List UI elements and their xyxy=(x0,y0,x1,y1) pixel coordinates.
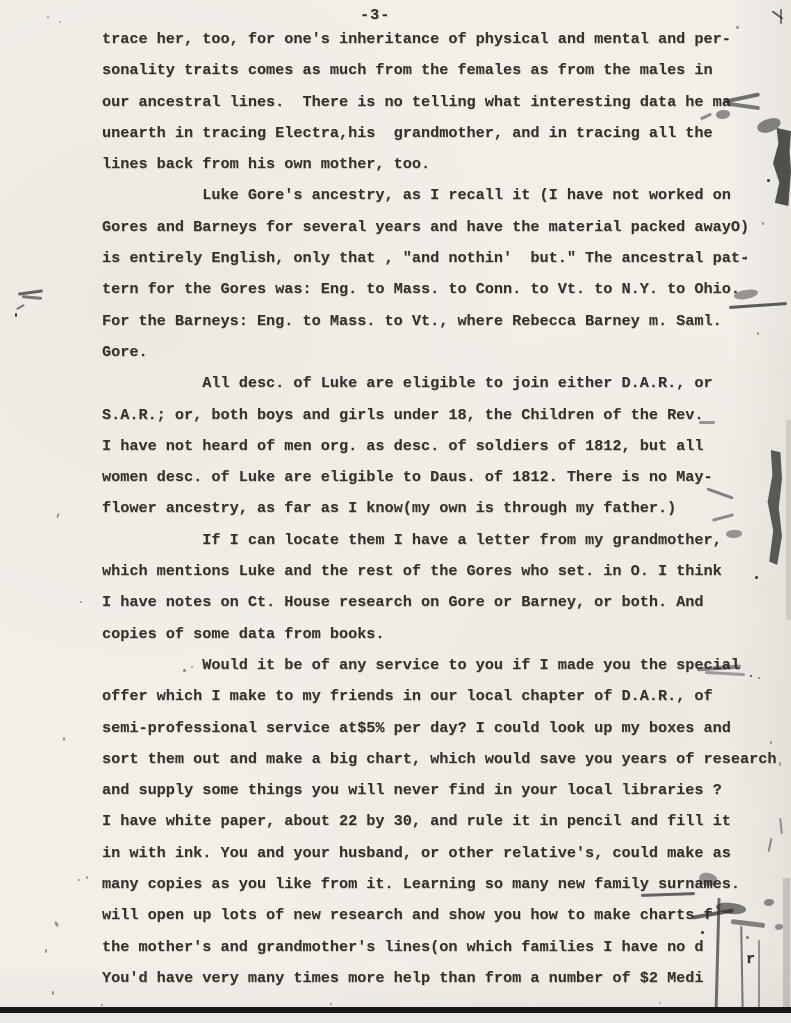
text-line: our ancestral lines. There is no telling… xyxy=(102,87,791,118)
ink-speck xyxy=(330,1003,332,1005)
text-line: flower ancestry, as far as I know(my own… xyxy=(102,493,791,524)
stray-typed-character: r xyxy=(746,950,755,968)
text-line: I have notes on Ct. House research on Go… xyxy=(102,587,791,618)
ink-speck xyxy=(52,991,54,995)
text-line: tern for the Gores was: Eng. to Mass. to… xyxy=(102,274,791,305)
text-line: which mentions Luke and the rest of the … xyxy=(102,556,791,587)
margin-smudge xyxy=(18,289,43,295)
ink-speck xyxy=(659,1002,661,1004)
text-line: many copies as you like from it. Learnin… xyxy=(102,869,791,900)
ink-speck xyxy=(54,921,59,928)
ink-speck xyxy=(101,1004,103,1006)
text-line: S.A.R.; or, both boys and girls under 18… xyxy=(102,400,791,431)
text-line: You'd have very many times more help tha… xyxy=(102,963,791,994)
text-line: Gores and Barneys for several years and … xyxy=(102,212,791,243)
text-line: Luke Gore's ancestry, as I recall it (I … xyxy=(102,180,791,211)
text-line: sonality traits comes as much from the f… xyxy=(102,55,791,86)
ink-speck xyxy=(59,21,61,23)
text-line: I have white paper, about 22 by 30, and … xyxy=(102,806,791,837)
text-line: in with ink. You and your husband, or ot… xyxy=(102,838,791,869)
margin-smudge xyxy=(22,295,42,300)
ink-speck xyxy=(78,879,80,881)
text-line: the mother's and grandmother's lines(on … xyxy=(102,932,791,963)
text-line: If I can locate them I have a letter fro… xyxy=(102,525,791,556)
text-line: lines back from his own mother, too. xyxy=(102,149,791,180)
text-line: Gore. xyxy=(102,337,791,368)
ink-speck xyxy=(56,513,60,518)
text-line: women desc. of Luke are eligible to Daus… xyxy=(102,462,791,493)
text-line: Would it be of any service to you if I m… xyxy=(102,650,791,681)
ink-speck xyxy=(47,16,49,18)
ink-speck xyxy=(86,876,88,879)
scan-margin xyxy=(0,1013,791,1023)
text-line: For the Barneys: Eng. to Mass. to Vt., w… xyxy=(102,306,791,337)
text-line: will open up lots of new research and sh… xyxy=(102,900,791,931)
text-line: semi-professional service at$5% per day?… xyxy=(102,713,791,744)
text-line: copies of some data from books. xyxy=(102,619,791,650)
ink-speck xyxy=(63,737,65,741)
ink-speck xyxy=(15,313,17,317)
text-line: trace her, too, for one's inheritance of… xyxy=(102,24,791,55)
letter-body-text: trace her, too, for one's inheritance of… xyxy=(102,24,791,994)
ink-mark xyxy=(780,9,782,24)
text-line: All desc. of Luke are eligible to join e… xyxy=(102,368,791,399)
ink-speck xyxy=(80,601,82,603)
text-line: unearth in tracing Electra,his grandmoth… xyxy=(102,118,791,149)
margin-smudge xyxy=(16,304,25,310)
ink-speck xyxy=(45,949,48,953)
text-line: I have not heard of men org. as desc. of… xyxy=(102,431,791,462)
page-number: -3- xyxy=(360,6,390,24)
text-line: offer which I make to my friends in our … xyxy=(102,681,791,712)
text-line: and supply some things you will never fi… xyxy=(102,775,791,806)
ink-mark xyxy=(772,10,784,19)
text-line: is entirely English, only that , "and no… xyxy=(102,243,791,274)
text-line: sort them out and make a big chart, whic… xyxy=(102,744,791,775)
scanned-letter-page: -3- trace her, too, for one's inheritanc… xyxy=(0,0,791,1023)
